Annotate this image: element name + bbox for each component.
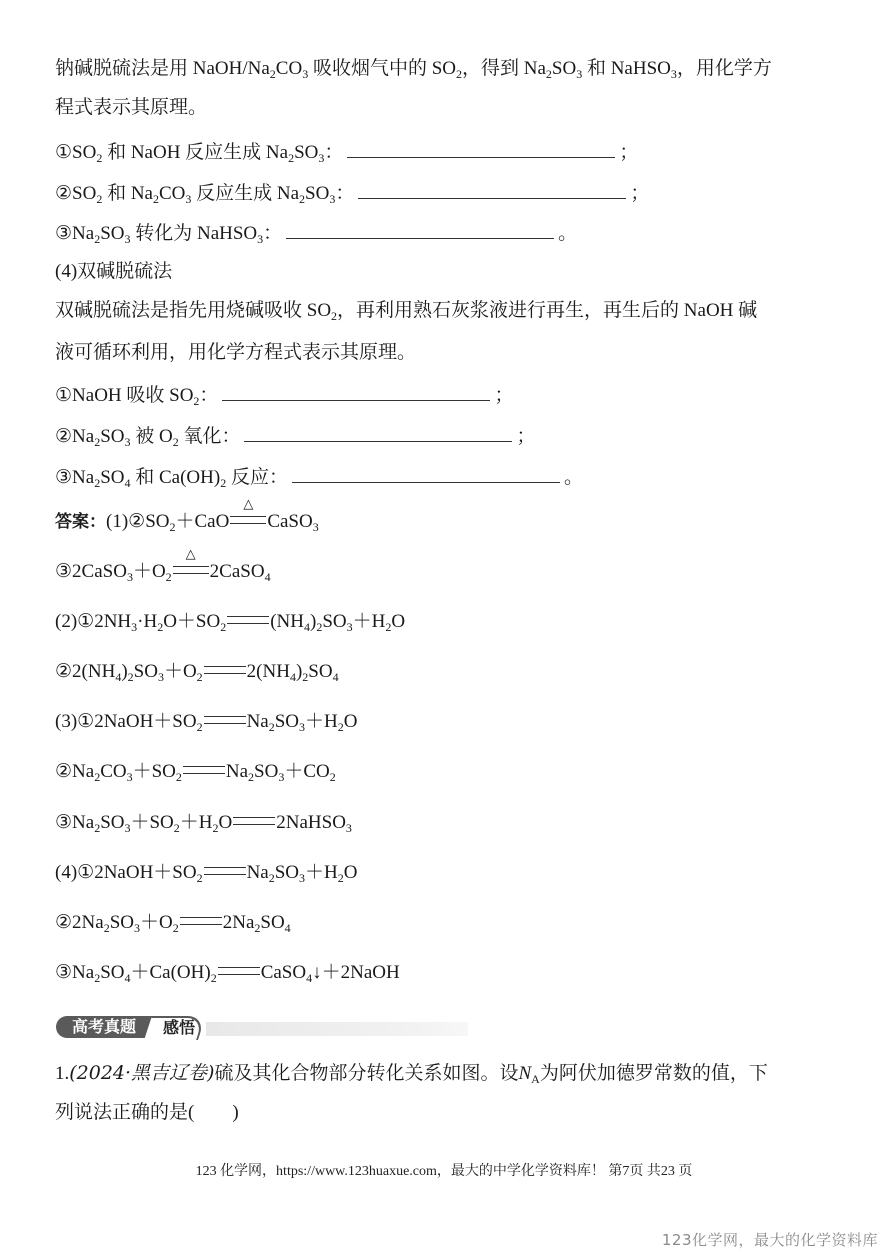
answer-line-3: (2)①2NH3·H2O＋SO2(NH4)2SO3＋H2O bbox=[55, 610, 405, 634]
heat-icon: △ bbox=[186, 547, 196, 561]
q4-item-2: ②Na2SO3 被 O2 氧化：； bbox=[55, 423, 536, 449]
section-4-desc-1: 双碱脱硫法是指先用烧碱吸收 SO2，再利用熟石灰浆液进行再生，再生后的 NaOH… bbox=[55, 299, 757, 323]
question-1-line-1: 1.(2024·黑吉辽卷)硫及其化合物部分转化关系如图。设NA为阿伏加德罗常数的… bbox=[55, 1061, 768, 1086]
page-footer: 123 化学网，https://www.123huaxue.com，最大的中学化… bbox=[0, 1163, 888, 1181]
answer-blank[interactable] bbox=[222, 382, 490, 401]
equals-sign bbox=[227, 616, 269, 624]
answer-line-7: ③Na2SO3＋SO2＋H2O2NaHSO3 bbox=[55, 811, 352, 835]
section-4-title: (4)双碱脱硫法 bbox=[55, 260, 172, 284]
answer-line-1: 答案：(1)②SO2＋CaO△CaSO3 bbox=[55, 510, 319, 534]
question-1-line-2: 列说法正确的是( ) bbox=[55, 1101, 239, 1125]
equals-sign: △ bbox=[173, 566, 209, 574]
equals-sign bbox=[204, 867, 246, 875]
heat-icon: △ bbox=[243, 497, 253, 511]
intro-line-2: 程式表示其原理。 bbox=[55, 96, 207, 120]
equals-sign: △ bbox=[230, 516, 266, 524]
answer-line-2: ③2CaSO3＋O2△2CaSO4 bbox=[55, 560, 271, 584]
q3-item-1: ①SO2 和 NaOH 反应生成 Na2SO3：； bbox=[55, 139, 638, 165]
equals-sign bbox=[180, 917, 222, 925]
answer-line-6: ②Na2CO3＋SO2Na2SO3＋CO2 bbox=[55, 760, 336, 784]
answer-blank[interactable] bbox=[244, 423, 512, 442]
answer-blank[interactable] bbox=[292, 464, 560, 483]
answer-line-9: ②2Na2SO3＋O22Na2SO4 bbox=[55, 911, 291, 935]
intro-line-1: 钠碱脱硫法是用 NaOH/Na2CO3 吸收烟气中的 SO2，得到 Na2SO3… bbox=[55, 57, 772, 81]
section-header-bar bbox=[206, 1022, 468, 1036]
section-4-desc-2: 液可循环利用，用化学方程式表示其原理。 bbox=[55, 341, 416, 365]
answer-line-8: (4)①2NaOH＋SO2Na2SO3＋H2O bbox=[55, 861, 358, 885]
answer-blank[interactable] bbox=[347, 139, 615, 158]
answer-blank[interactable] bbox=[286, 220, 554, 239]
answer-label: 答案： bbox=[55, 512, 106, 532]
answer-line-10: ③Na2SO4＋Ca(OH)2CaSO4↓＋2NaOH bbox=[55, 961, 400, 985]
answer-blank[interactable] bbox=[358, 180, 626, 199]
equals-sign bbox=[183, 766, 225, 774]
q3-item-2: ②SO2 和 Na2CO3 反应生成 Na2SO3：； bbox=[55, 180, 649, 206]
section-header-left-label: 高考真题 bbox=[56, 1016, 152, 1038]
equals-sign bbox=[204, 666, 246, 674]
section-header-right-label: 感悟 bbox=[154, 1016, 204, 1038]
q4-item-3: ③Na2SO4 和 Ca(OH)2 反应：。 bbox=[55, 464, 583, 490]
section-header-gaokao: 高考真题 感悟 bbox=[56, 1016, 416, 1040]
equals-sign bbox=[218, 967, 260, 975]
answer-line-4: ②2(NH4)2SO3＋O22(NH4)2SO4 bbox=[55, 660, 339, 684]
equals-sign bbox=[233, 817, 275, 825]
q3-item-3: ③Na2SO3 转化为 NaHSO3：。 bbox=[55, 220, 577, 246]
watermark: 123化学网，最大的化学资料库 bbox=[662, 1229, 878, 1250]
q4-item-1: ①NaOH 吸收 SO2：； bbox=[55, 382, 513, 408]
question-source: (2024·黑吉辽卷) bbox=[69, 1062, 214, 1084]
answer-line-5: (3)①2NaOH＋SO2Na2SO3＋H2O bbox=[55, 710, 358, 734]
equals-sign bbox=[204, 716, 246, 724]
